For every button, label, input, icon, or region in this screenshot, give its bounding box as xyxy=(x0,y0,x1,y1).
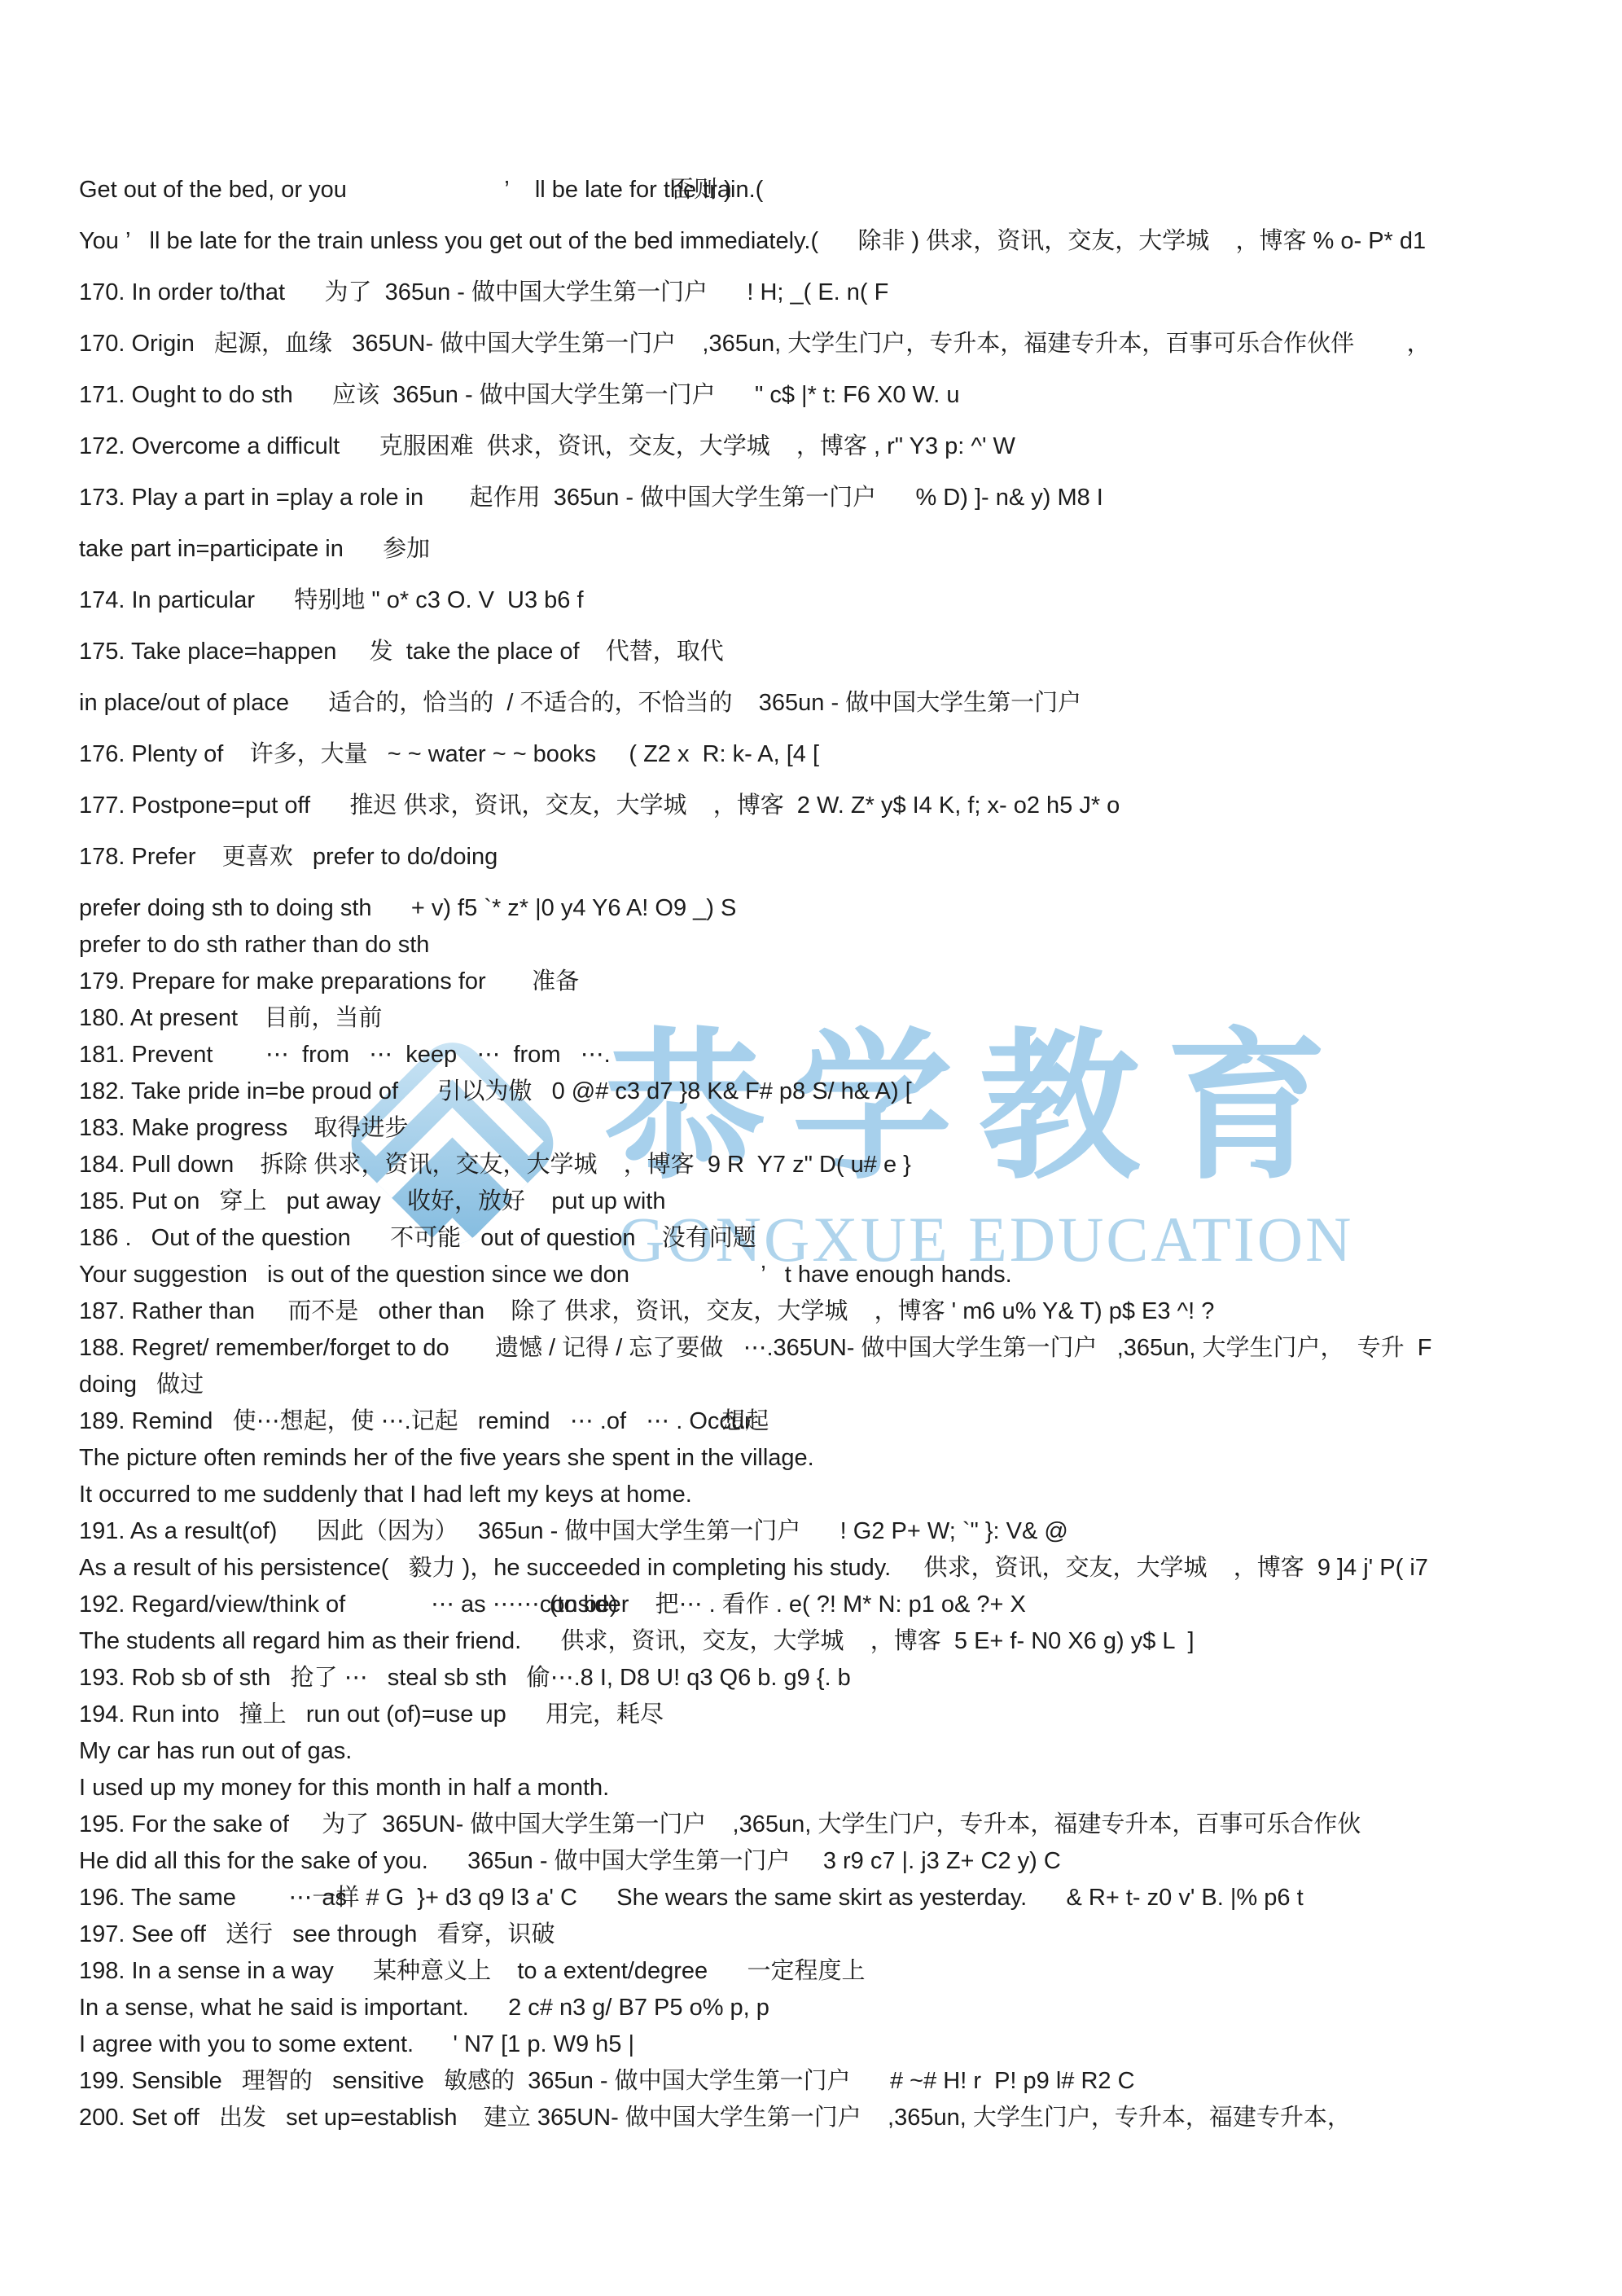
text-line: 196. The same ⋯一样as # G }+ d3 q9 l3 a' C… xyxy=(79,1886,1594,1910)
text-line: 172. Overcome a difficult 克服困难 供求，资讯，交友，… xyxy=(79,434,1594,459)
text-line: 170. Origin 起源，血缘 365UN- 做中国大学生第一门户 ,365… xyxy=(79,331,1594,356)
text-line: take part in=participate in 参加 xyxy=(79,537,1594,561)
text-line: My car has run out of gas. xyxy=(79,1739,1594,1763)
text-line: 185. Put on 穿上 put away 收好，放好 put up wit… xyxy=(79,1189,1594,1214)
text-line: 183. Make progress 取得进步 xyxy=(79,1116,1594,1140)
overlapping-text: Occur想起 xyxy=(689,1409,752,1433)
text-line: 192. Regard/view/think of ⋯ as ⋯⋯conside… xyxy=(79,1592,1594,1617)
text-line: 171. Ought to do sth 应该 365un - 做中国大学生第一… xyxy=(79,383,1594,407)
text-line: Your suggestion is out of the question s… xyxy=(79,1262,1594,1287)
text-line: 199. Sensible 理智的 sensitive 敏感的 365un - … xyxy=(79,2069,1594,2093)
text-line: 186 . Out of the question 不可能 out of que… xyxy=(79,1226,1594,1250)
text-line: 191. As a result(of) 因此（因为） 365un - 做中国大… xyxy=(79,1519,1594,1543)
text-line: 198. In a sense in a way 某种意义上 to a exte… xyxy=(79,1959,1594,1983)
text-line: 182. Take pride in=be proud of 引以为傲 0 @#… xyxy=(79,1079,1594,1104)
text-line: As a result of his persistence( 毅力 )，he … xyxy=(79,1556,1594,1580)
text-line: 195. For the sake of 为了 365UN- 做中国大学生第一门… xyxy=(79,1812,1594,1837)
text-line: 173. Play a part in =play a role in 起作用 … xyxy=(79,485,1594,510)
text-line: prefer to do sth rather than do sth xyxy=(79,933,1594,957)
text-line: Get out of the bed, or you ’ ll be late … xyxy=(79,178,1594,202)
text-line: 194. Run into 撞上 run out (of)=use up 用完，… xyxy=(79,1702,1594,1727)
text-line: 187. Rather than 而不是 other than 除了 供求，资讯… xyxy=(79,1299,1594,1324)
text-line: It occurred to me suddenly that I had le… xyxy=(79,1482,1594,1507)
text-line: The picture often reminds her of the fiv… xyxy=(79,1446,1594,1470)
text-line: 193. Rob sb of sth 抢了 ⋯ steal sb sth 偷⋯.… xyxy=(79,1666,1594,1690)
text-line: doing 做过 xyxy=(79,1372,1594,1397)
text-line: The students all regard him as their fri… xyxy=(79,1629,1594,1653)
text-line: 176. Plenty of 许多，大量 ~ ~ water ~ ~ books… xyxy=(79,742,1594,766)
text-line: 181. Prevent ⋯ from ⋯ keep ⋯ from ⋯. xyxy=(79,1043,1594,1067)
text-line: In a sense, what he said is important. 2… xyxy=(79,1995,1594,2020)
text-line: 179. Prepare for make preparations for 准… xyxy=(79,969,1594,994)
overlapping-text: he tr否则 ) xyxy=(670,178,717,202)
text-line: 170. In order to/that 为了 365un - 做中国大学生第… xyxy=(79,280,1594,305)
text-line: 178. Prefer 更喜欢 prefer to do/doing xyxy=(79,845,1594,869)
document-body: Get out of the bed, or you ’ ll be late … xyxy=(79,178,1594,2142)
text-line: in place/out of place 适合的，恰当的 / 不适合的，不恰当… xyxy=(79,691,1594,715)
text-line: 188. Regret/ remember/forget to do 遗憾 / … xyxy=(79,1336,1594,1360)
text-line: 189. Remind 使⋯想起，使 ⋯.记起 remind ⋯ .of ⋯ .… xyxy=(79,1409,1594,1433)
overlapping-text: consider(to be) xyxy=(540,1592,629,1617)
text-line: 174. In particular 特别地 " o* c3 O. V U3 b… xyxy=(79,588,1594,612)
text-line: 180. At present 目前，当前 xyxy=(79,1006,1594,1030)
text-line: You ’ ll be late for the train unless yo… xyxy=(79,229,1594,253)
text-line: 177. Postpone=put off 推迟 供求，资讯，交友，大学城 ，博… xyxy=(79,793,1594,818)
text-line: 184. Pull down 拆除 供求，资讯，交友，大学城 ，博客 9 R Y… xyxy=(79,1152,1594,1177)
text-line: prefer doing sth to doing sth + v) f5 `*… xyxy=(79,896,1594,920)
text-line: 200. Set off 出发 set up=establish 建立 365U… xyxy=(79,2105,1594,2130)
text-line: 197. See off 送行 see through 看穿，识破 xyxy=(79,1922,1594,1947)
text-line: I agree with you to some extent. ' N7 [1… xyxy=(79,2032,1594,2057)
text-line: I used up my money for this month in hal… xyxy=(79,1776,1594,1800)
page-root: 恭学教育 GONGXUE EDUCATION Get out of the be… xyxy=(0,0,1622,2296)
text-line: 175. Take place=happen 发 take the place … xyxy=(79,639,1594,664)
overlapping-text: 一样as xyxy=(312,1886,359,1910)
text-line: He did all this for the sake of you. 365… xyxy=(79,1849,1594,1873)
